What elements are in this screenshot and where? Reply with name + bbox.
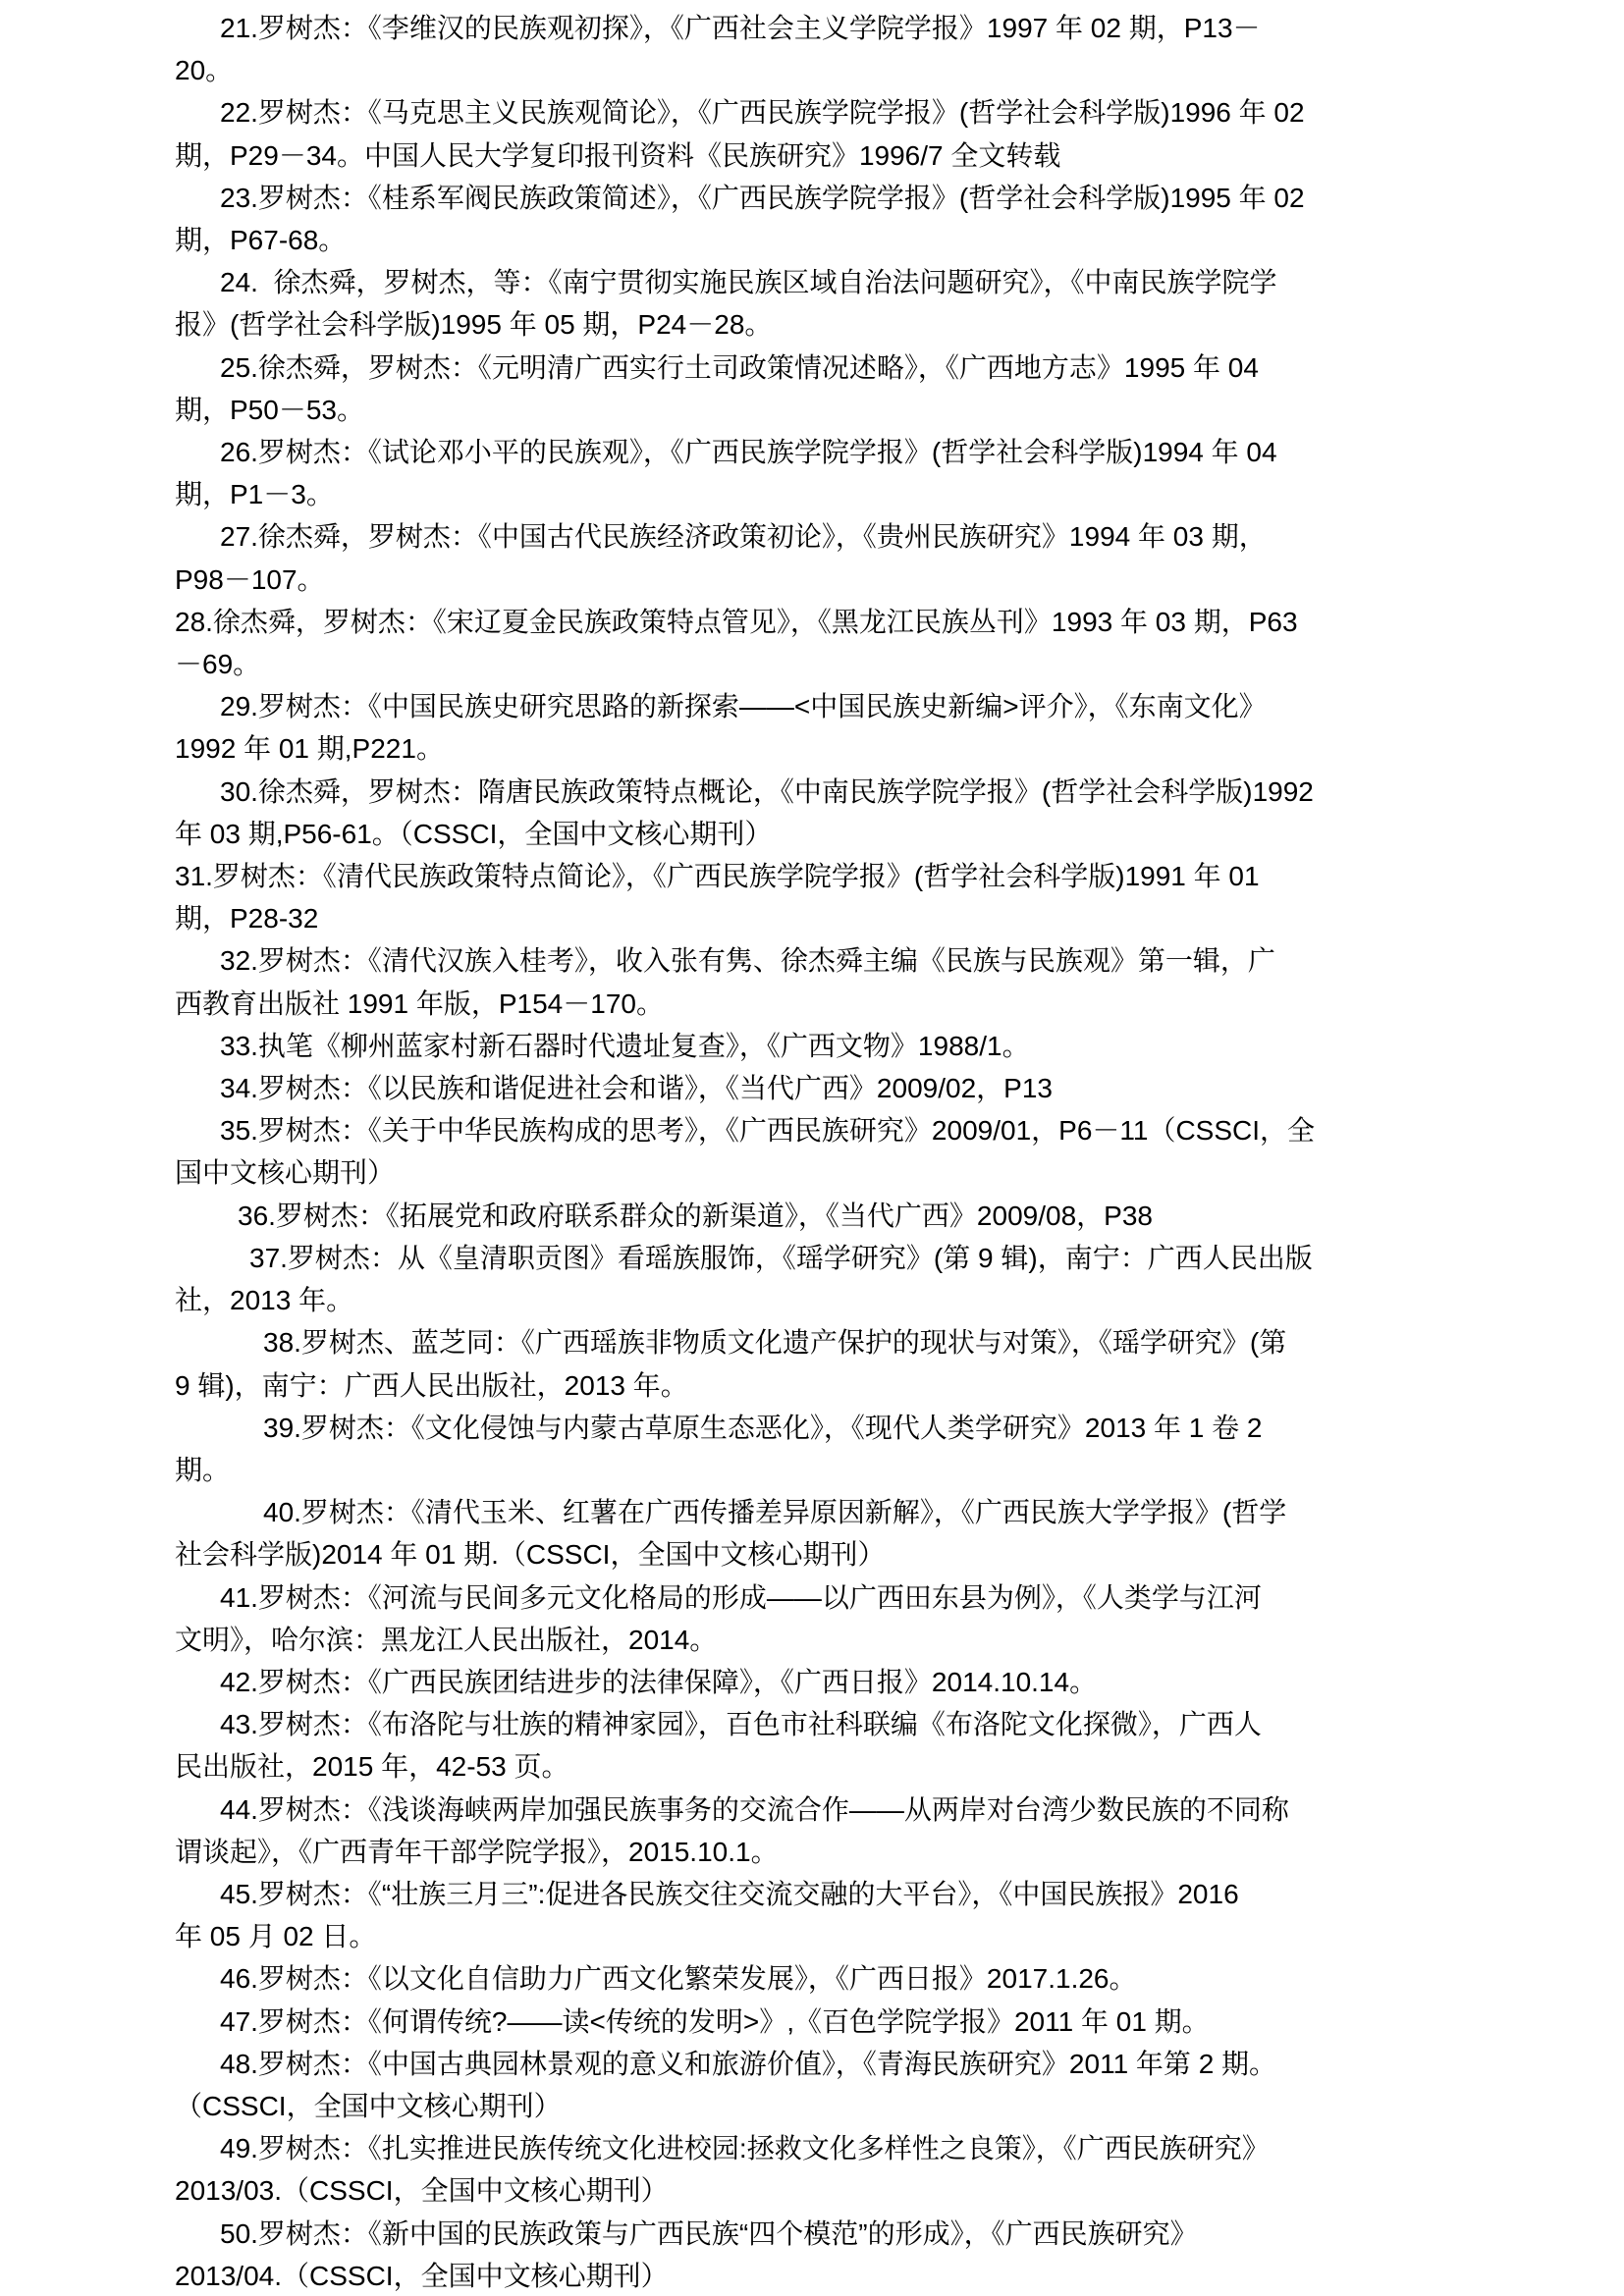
publication-line: 1992 年 01 期,P221。 bbox=[175, 727, 1477, 770]
publication-line: 28.徐杰舜，罗树杰：《宋辽夏金民族政策特点管见》，《黑龙江民族丛刊》1993 … bbox=[175, 601, 1477, 643]
publication-line: 33.执笔《柳州蓝家村新石器时代遗址复查》，《广西文物》1988/1。 bbox=[175, 1025, 1477, 1067]
publication-line: 20。 bbox=[175, 49, 1477, 91]
publication-line: 22.罗树杰：《马克思主义民族观简论》，《广西民族学院学报》(哲学社会科学版)1… bbox=[175, 91, 1477, 133]
publication-line: 36.罗树杰：《拓展党和政府联系群众的新渠道》，《当代广西》2009/08，P3… bbox=[175, 1195, 1477, 1237]
publication-line: （CSSCI，全国中文核心期刊） bbox=[175, 2085, 1477, 2127]
publication-line: 期，P1－3。 bbox=[175, 473, 1477, 515]
publication-line: 2013/03.（CSSCI，全国中文核心期刊） bbox=[175, 2169, 1477, 2212]
publication-line: 9 辑)，南宁：广西人民出版社，2013 年。 bbox=[175, 1364, 1477, 1407]
publication-list: 21.罗树杰：《李维汉的民族观初探》，《广西社会主义学院学报》1997 年 02… bbox=[175, 7, 1477, 2296]
publication-line: 文明》，哈尔滨：黑龙江人民出版社，2014。 bbox=[175, 1619, 1477, 1661]
publication-line: 期，P50－53。 bbox=[175, 389, 1477, 431]
publication-line: 45.罗树杰：《“壮族三月三”:促进各民族交往交流交融的大平台》，《中国民族报》… bbox=[175, 1873, 1477, 1915]
publication-line: 期。 bbox=[175, 1449, 1477, 1491]
publication-line: 41.罗树杰：《河流与民间多元文化格局的形成——以广西田东县为例》，《人类学与江… bbox=[175, 1576, 1477, 1619]
publication-line: 30.徐杰舜，罗树杰：隋唐民族政策特点概论，《中南民族学院学报》(哲学社会科学版… bbox=[175, 771, 1477, 813]
publication-line: 39.罗树杰：《文化侵蚀与内蒙古草原生态恶化》，《现代人类学研究》2013 年 … bbox=[175, 1407, 1477, 1449]
publication-line: 31.罗树杰：《清代民族政策特点简论》，《广西民族学院学报》(哲学社会科学版)1… bbox=[175, 855, 1477, 897]
publication-line: 26.罗树杰：《试论邓小平的民族观》，《广西民族学院学报》(哲学社会科学版)19… bbox=[175, 431, 1477, 473]
publication-line: 29.罗树杰：《中国民族史研究思路的新探索——<中国民族史新编>评介》，《东南文… bbox=[175, 685, 1477, 727]
document-page: 21.罗树杰：《李维汉的民族观初探》，《广西社会主义学院学报》1997 年 02… bbox=[0, 0, 1624, 2296]
publication-line: 21.罗树杰：《李维汉的民族观初探》，《广西社会主义学院学报》1997 年 02… bbox=[175, 7, 1477, 49]
publication-line: 谓谈起》，《广西青年干部学院学报》，2015.10.1。 bbox=[175, 1831, 1477, 1873]
publication-line: 34.罗树杰：《以民族和谐促进社会和谐》，《当代广西》2009/02，P13 bbox=[175, 1067, 1477, 1109]
publication-line: 西教育出版社 1991 年版，P154－170。 bbox=[175, 983, 1477, 1025]
publication-line: 民出版社，2015 年，42-53 页。 bbox=[175, 1745, 1477, 1788]
publication-line: 48.罗树杰：《中国古典园林景观的意义和旅游价值》，《青海民族研究》2011 年… bbox=[175, 2043, 1477, 2085]
publication-line: 49.罗树杰：《扎实推进民族传统文化进校园:拯救文化多样性之良策》，《广西民族研… bbox=[175, 2127, 1477, 2169]
publication-line: 报》(哲学社会科学版)1995 年 05 期，P24－28。 bbox=[175, 303, 1477, 346]
publication-line: 期，P29－34。中国人民大学复印报刊资料《民族研究》1996/7 全文转载 bbox=[175, 134, 1477, 177]
publication-line: P98－107。 bbox=[175, 559, 1477, 601]
publication-line: 期，P28-32 bbox=[175, 897, 1477, 939]
publication-line: 国中文核心期刊） bbox=[175, 1151, 1477, 1194]
publication-line: 37.罗树杰：从《皇清职贡图》看瑶族服饰，《瑶学研究》(第 9 辑)，南宁：广西… bbox=[175, 1237, 1477, 1279]
publication-line: 35.罗树杰：《关于中华民族构成的思考》，《广西民族研究》2009/01，P6－… bbox=[175, 1109, 1477, 1151]
publication-line: 社会科学版)2014 年 01 期.（CSSCI，全国中文核心期刊） bbox=[175, 1533, 1477, 1575]
publication-line: 年 03 期,P56-61。（CSSCI，全国中文核心期刊） bbox=[175, 813, 1477, 855]
publication-line: 42.罗树杰：《广西民族团结进步的法律保障》，《广西日报》2014.10.14。 bbox=[175, 1661, 1477, 1703]
publication-line: 46.罗树杰：《以文化自信助力广西文化繁荣发展》，《广西日报》2017.1.26… bbox=[175, 1957, 1477, 2000]
publication-line: 47.罗树杰：《何谓传统?——读<传统的发明>》,《百色学院学报》2011 年 … bbox=[175, 2001, 1477, 2043]
publication-line: 40.罗树杰：《清代玉米、红薯在广西传播差异原因新解》，《广西民族大学学报》(哲… bbox=[175, 1491, 1477, 1533]
publication-line: 43.罗树杰：《布洛陀与壮族的精神家园》，百色市社科联编《布洛陀文化探微》，广西… bbox=[175, 1703, 1477, 1745]
publication-line: 25.徐杰舜，罗树杰：《元明清广西实行土司政策情况述略》，《广西地方志》1995… bbox=[175, 347, 1477, 389]
publication-line: 24. 徐杰舜，罗树杰，等：《南宁贯彻实施民族区域自治法问题研究》，《中南民族学… bbox=[175, 261, 1477, 303]
publication-line: 44.罗树杰：《浅谈海峡两岸加强民族事务的交流合作——从两岸对台湾少数民族的不同… bbox=[175, 1789, 1477, 1831]
publication-line: 38.罗树杰、蓝芝同：《广西瑶族非物质文化遗产保护的现状与对策》，《瑶学研究》(… bbox=[175, 1321, 1477, 1363]
publication-line: 2013/04.（CSSCI，全国中文核心期刊） bbox=[175, 2255, 1477, 2296]
publication-line: 年 05 月 02 日。 bbox=[175, 1915, 1477, 1957]
publication-line: 27.徐杰舜，罗树杰：《中国古代民族经济政策初论》，《贵州民族研究》1994 年… bbox=[175, 515, 1477, 558]
publication-line: 社，2013 年。 bbox=[175, 1279, 1477, 1321]
publication-line: －69。 bbox=[175, 643, 1477, 685]
publication-line: 23.罗树杰：《桂系军阀民族政策简述》，《广西民族学院学报》(哲学社会科学版)1… bbox=[175, 177, 1477, 219]
publication-line: 32.罗树杰：《清代汉族入桂考》，收入张有隽、徐杰舜主编《民族与民族观》第一辑，… bbox=[175, 939, 1477, 982]
publication-line: 期，P67-68。 bbox=[175, 219, 1477, 261]
publication-line: 50.罗树杰：《新中国的民族政策与广西民族“四个模范”的形成》，《广西民族研究》 bbox=[175, 2213, 1477, 2255]
